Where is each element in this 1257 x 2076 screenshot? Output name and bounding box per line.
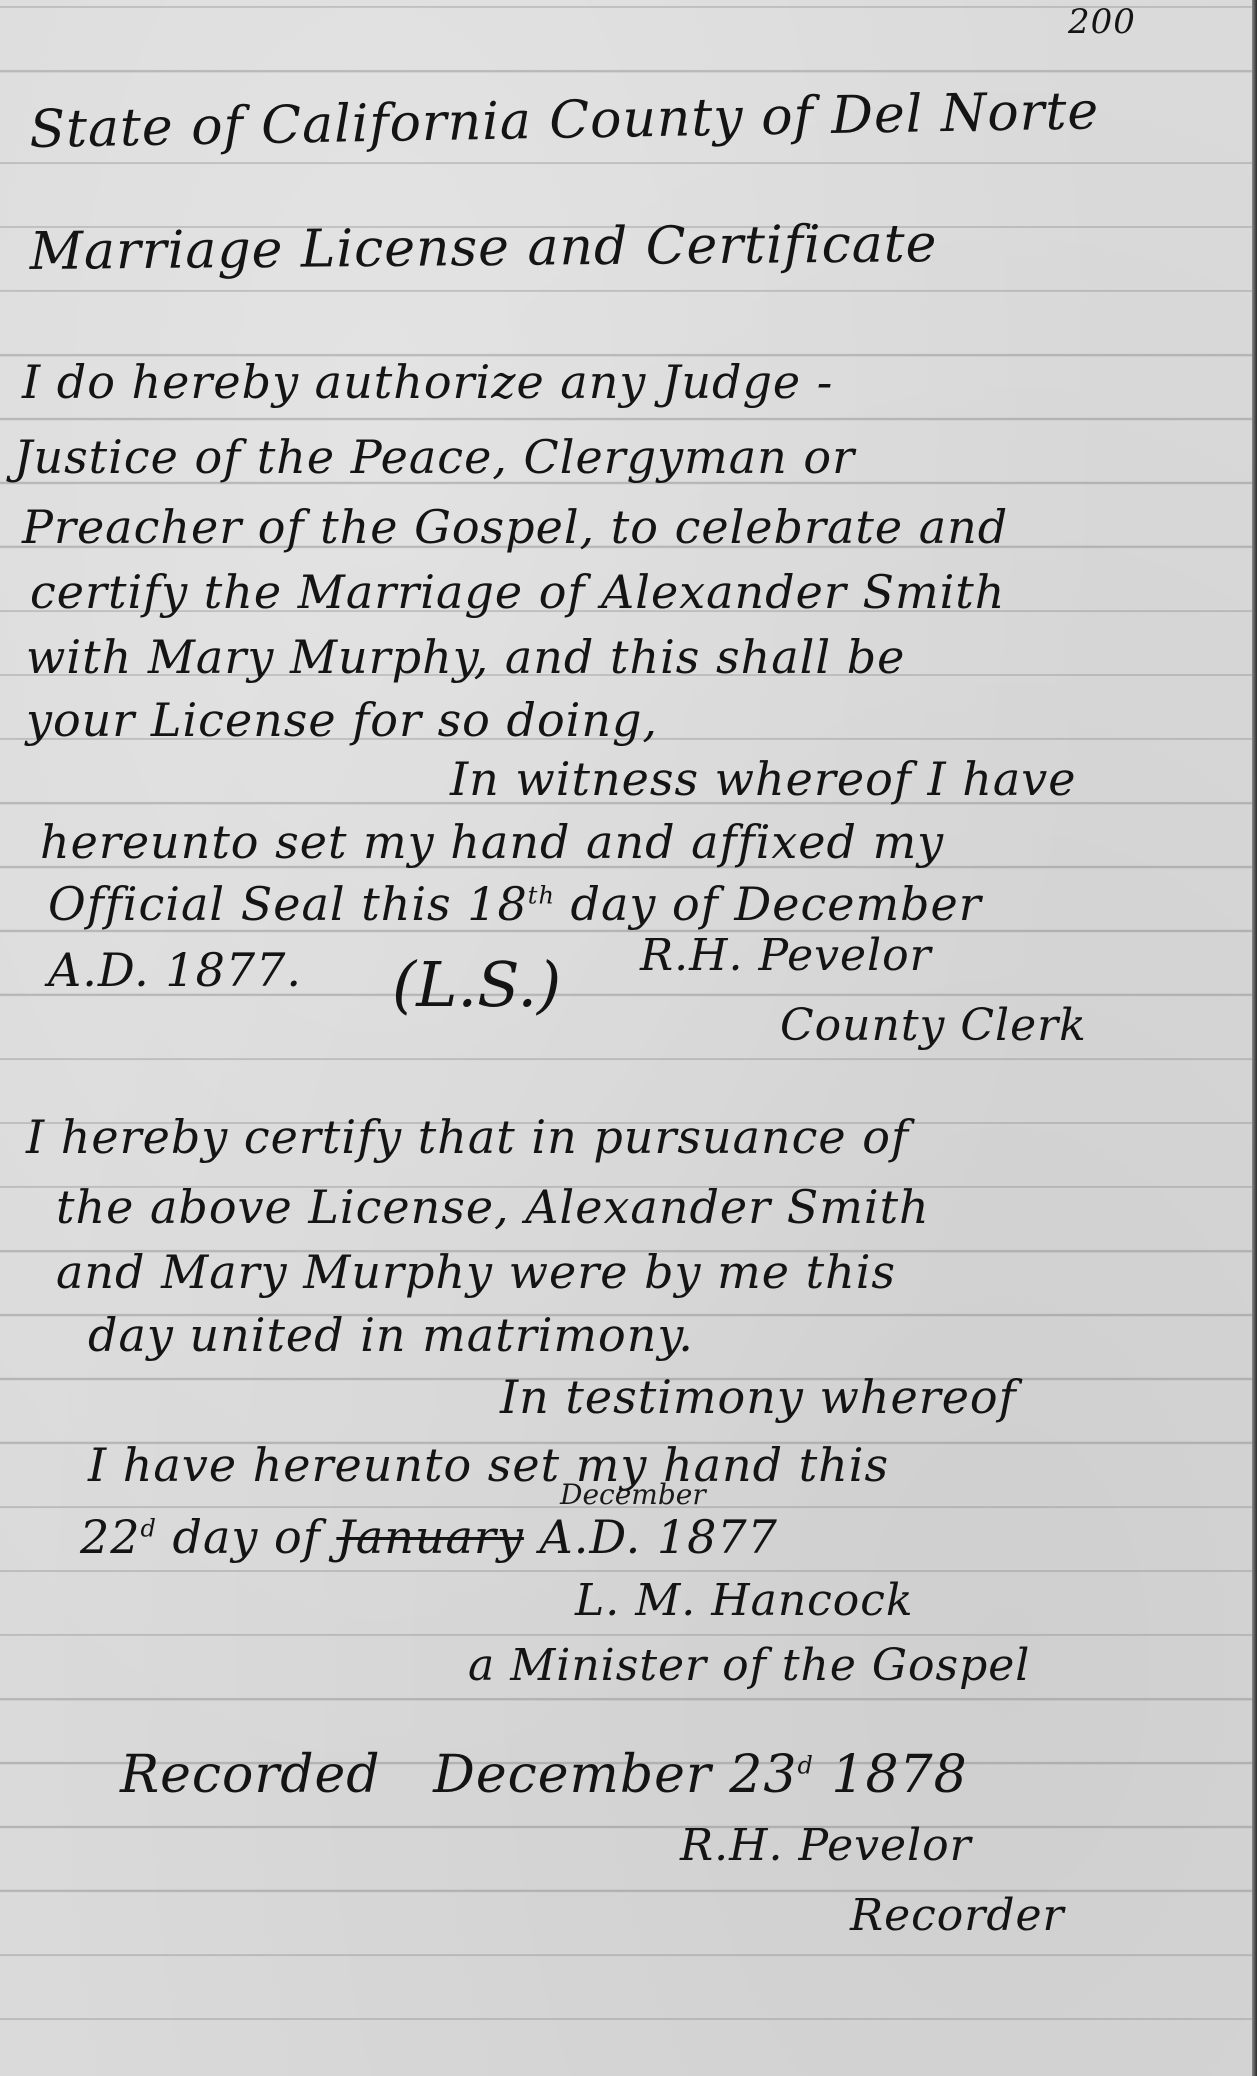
recorded-year: 1878 <box>831 1745 967 1805</box>
recorder-title: Recorder <box>850 1890 1065 1941</box>
license-line-4: certify the Marriage of Alexander Smith <box>30 565 1005 619</box>
license-line-1: I do hereby authorize any Judge - <box>22 355 833 409</box>
license-line-5: with Mary Murphy, and this shall be <box>26 630 905 684</box>
recorded-month: December <box>433 1745 712 1805</box>
testimony-line-2: I have hereunto set my hand this <box>88 1438 889 1492</box>
license-line-2: Justice of the Peace, Clergyman or <box>14 430 855 484</box>
minister-title: a Minister of the Gospel <box>468 1640 1030 1691</box>
clerk-title: County Clerk <box>780 1000 1087 1051</box>
witness-seal-date: Official Seal this 18 <box>48 877 528 931</box>
recorded-day-suffix: d <box>797 1752 813 1780</box>
corrected-month-insert: December <box>560 1478 706 1511</box>
certificate-year: A.D. 1877 <box>540 1510 778 1564</box>
heading-state-county: State of California County of Del Norte <box>29 81 1100 160</box>
certificate-day: 22 <box>80 1510 141 1564</box>
certificate-line-1: I hereby certify that in pursuance of <box>26 1110 909 1164</box>
testimony-line-1: In testimony whereof <box>500 1370 1017 1424</box>
recording-line: Recorded December 23d 1878 <box>120 1745 968 1805</box>
clerk-signature: R.H. Pevelor <box>640 930 932 981</box>
ledger-page: 200 State of California County of Del No… <box>0 0 1257 2076</box>
page-edge <box>1252 0 1257 2076</box>
certificate-date-line: 22d day of January A.D. 1877 <box>80 1510 778 1564</box>
certificate-line-3: and Mary Murphy were by me this <box>56 1245 896 1299</box>
ordinal-suffix: th <box>528 882 555 910</box>
legal-seal-mark: (L.S.) <box>392 948 561 1021</box>
certificate-day-suffix: d <box>141 1515 157 1543</box>
recorded-day: 23 <box>729 1745 797 1805</box>
recorded-label: Recorded <box>120 1745 381 1805</box>
witness-line-3: Official Seal this 18th day of December <box>48 877 982 931</box>
certificate-day-of: day of <box>173 1510 321 1564</box>
minister-signature: L. M. Hancock <box>575 1575 914 1626</box>
heading-license-title: Marriage License and Certificate <box>29 214 937 282</box>
recorder-signature: R.H. Pevelor <box>680 1820 972 1871</box>
certificate-line-4: day united in matrimony. <box>88 1308 694 1362</box>
page-number: 200 <box>1068 2 1136 42</box>
license-line-3: Preacher of the Gospel, to celebrate and <box>22 500 1008 554</box>
certificate-line-2: the above License, Alexander Smith <box>56 1180 930 1234</box>
license-line-6: your License for so doing, <box>26 693 658 747</box>
witness-line-2: hereunto set my hand and affixed my <box>40 815 944 869</box>
license-year: A.D. 1877. <box>48 943 302 997</box>
witness-month: day of December <box>571 877 982 931</box>
witness-line-1: In witness whereof I have <box>450 752 1077 806</box>
struck-month: January <box>336 1510 524 1564</box>
